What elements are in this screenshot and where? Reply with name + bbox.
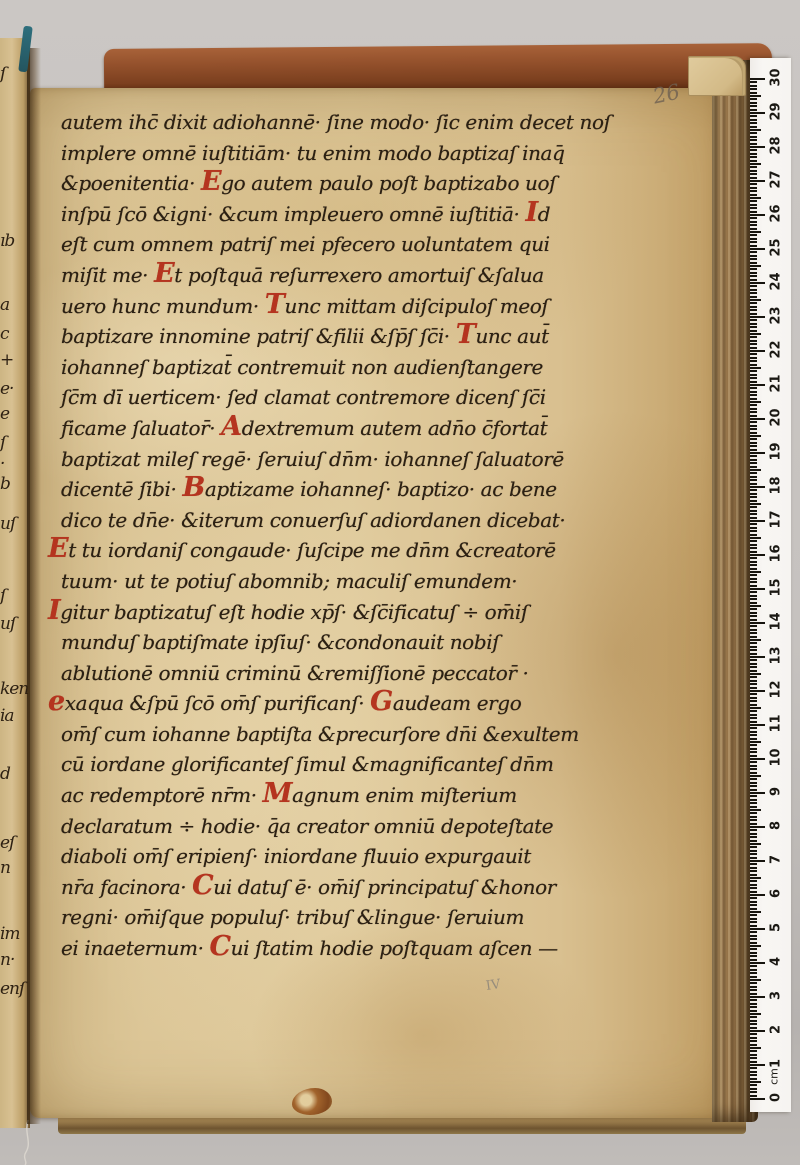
ruler-tick [750,639,761,641]
text-segment: audeam ergo [393,691,522,715]
ruler-tick [750,795,757,797]
ruler-tick [750,449,757,451]
text-segment: dicentē ſibi· [61,477,182,501]
ruler-tick [750,228,757,230]
manuscript-line: cū iordane glorificanteſ ſimul &magnific… [61,749,681,780]
ruler-tick [750,775,761,777]
text-segment: agnum enim miſterium [292,783,517,807]
ruler-number: 4 [769,951,784,973]
ruler-tick [750,394,757,396]
manuscript-line: dicentē ſibi· Baptizame iohanneſ· baptiz… [61,474,681,505]
ruler-tick [750,173,757,175]
rubric-initial: E [201,166,221,197]
ruler-tick [750,615,757,617]
measuring-ruler: 0123456789101112131415161718192021222324… [750,58,791,1112]
ruler-tick [750,476,757,478]
ruler-tick [750,1020,757,1022]
ruler-tick [750,833,757,835]
ruler-tick [750,717,757,719]
ruler-tick [750,231,761,233]
ruler-tick [750,377,757,379]
ruler-tick [750,908,757,910]
ruler-tick [750,1054,757,1056]
ruler-tick [750,619,757,621]
ruler-tick [750,904,757,906]
ruler-tick [750,972,757,974]
edge-text-fragment: uſ [0,514,18,534]
ruler-tick [750,629,757,631]
ruler-tick [750,1047,761,1049]
ruler-tick [750,197,761,199]
ruler-tick [750,687,757,689]
rubric-initial: B [182,472,204,503]
manuscript-line: &poenitentia· Ego autem paulo poſt bapti… [61,168,681,199]
ruler-tick [750,149,757,151]
text-segment: declaratum ÷ hodie· q̄a creator omniū de… [61,814,553,838]
ruler-tick [750,251,757,253]
text-segment: cū iordane glorificanteſ ſimul &magnific… [61,752,554,776]
ruler-tick [750,1003,757,1005]
ruler-tick [750,428,757,430]
ruler-tick [750,1091,757,1093]
ruler-tick [750,748,757,750]
ruler-tick [750,697,757,699]
ruler-tick [750,401,761,403]
ruler-tick [750,340,757,342]
ruler-tick [750,605,761,607]
ruler-tick [750,578,757,580]
ruler-tick [750,469,761,471]
ruler-tick [750,194,757,196]
ruler-tick [750,649,757,651]
edge-text-fragment: ſ [0,64,18,84]
ruler-tick [750,163,761,165]
text-segment: unc mittam diſcipuloſ meoſ [284,294,548,318]
ruler-tick [750,897,757,899]
ruler-number: 8 [769,815,784,837]
ruler-tick [750,823,757,825]
ruler-tick [750,1081,761,1083]
text-segment: dico te dn̄e· &iterum conuerſuſ adiordan… [61,508,565,532]
ruler-tick [750,959,757,961]
manuscript-line: uero hunc mundum· Tunc mittam diſcipuloſ… [61,291,681,322]
manuscript-line: nr̄a facinora· Cui datuſ ē· om̄iſ princi… [61,872,681,903]
ruler-tick [750,323,757,325]
ruler-tick [750,598,757,600]
ruler-tick [750,245,757,247]
ruler-tick [750,489,757,491]
manuscript-line: ficame ſaluator̄· Adextremum autem adn̄o… [61,413,681,444]
ruler-tick [750,520,765,522]
ruler-tick [750,829,757,831]
ruler-tick [750,734,757,736]
ruler-tick [750,353,757,355]
ruler-tick [750,132,757,134]
ruler-tick [750,891,757,893]
text-segment: tuum· ut te potiuſ abomnib; maculiſ emun… [61,569,517,593]
ruler-tick [750,207,757,209]
ruler-tick [750,438,757,440]
ruler-tick [750,955,757,957]
ruler-number: 22 [769,339,784,361]
ruler-tick [750,1074,757,1076]
ruler-tick [750,1098,765,1100]
text-segment: xaqua &ſpū ſcō om̄ſ purificanſ· [65,691,370,715]
ruler-tick [750,398,757,400]
ruler-tick [750,588,765,590]
ruler-tick [750,846,757,848]
manuscript-line: implere omnē iuſtitiām· tu enim modo bap… [61,138,681,169]
ruler-tick [750,88,757,90]
ruler-tick [750,177,757,179]
ruler-tick [750,585,757,587]
ruler-tick [750,180,765,182]
manuscript-line: miſit me· Et poſtquā reſurrexero amortui… [61,260,681,291]
ruler-tick [750,408,757,410]
manuscript-line: ſc̄m dī uerticem· ſed clamat contremore … [61,382,681,413]
ruler-tick [750,224,757,226]
text-segment: baptizat mileſ regē· ſeruiuſ dn̄m· iohan… [61,447,564,471]
ruler-number: 2 [769,1019,784,1041]
ruler-number: 24 [769,271,784,293]
manuscript-line: Et tu iordaniſ congaude· ſuſcipe me dn̄m… [61,535,681,566]
manuscript-line: baptizare innomine patriſ &filii &ſp̄ſ ſ… [61,321,681,352]
ruler-tick [750,792,765,794]
ruler-tick [750,129,761,131]
ruler-tick [750,765,757,767]
book-gutter [27,48,41,1124]
ruler-tick [750,211,757,213]
ruler-tick [750,853,757,855]
ruler-tick [750,513,757,515]
ruler-tick [750,452,765,454]
text-segment: diaboli om̄ſ eripienſ· iniordane fluuio … [61,844,531,868]
ruler-tick [750,812,757,814]
ruler-tick [750,241,757,243]
manuscript-line: eſt cum omnem patriſ mei pfecero uolunta… [61,229,681,260]
ruler-tick [750,333,761,335]
ruler-tick [750,568,757,570]
ruler-tick [750,673,761,675]
ruler-tick [750,221,757,223]
ruler-tick [750,115,757,117]
manuscript-line: diaboli om̄ſ eripienſ· iniordane fluuio … [61,841,681,872]
ruler-number: 0 [769,1087,784,1109]
text-segment: unc aut̄ [475,324,548,348]
ruler-number: 27 [769,169,784,191]
ruler-tick [750,1078,757,1080]
ruler-tick [750,360,757,362]
ruler-tick [750,139,757,141]
ruler-tick [750,965,757,967]
ruler-tick [750,942,757,944]
ruler-tick [750,384,765,386]
ruler-tick [750,527,757,529]
ruler-tick [750,557,757,559]
ruler-tick [750,92,757,94]
rubric-initial: A [221,411,242,442]
ruler-tick [750,547,757,549]
ruler-tick [750,1044,757,1046]
ruler-tick [750,993,757,995]
text-segment: t tu iordaniſ congaude· ſuſcipe me dn̄m … [68,538,556,562]
ruler-tick [750,1040,757,1042]
ruler-tick [750,153,757,155]
text-segment: ui datuſ ē· om̄iſ principatuſ &honor [213,875,556,899]
ruler-tick [750,374,757,376]
ruler-tick [750,357,757,359]
ruler-tick [750,707,761,709]
ruler-tick [750,404,757,406]
ruler-tick [750,931,757,933]
ruler-tick [750,455,757,457]
text-segment: ablutionē omniū criminū &remiſſionē pecc… [61,661,529,685]
pencil-note: IV [485,977,501,994]
manuscript-line: regni· om̄iſque populuſ· tribuſ &lingue·… [61,902,681,933]
ruler-number: 29 [769,101,784,123]
ruler-tick [750,663,757,665]
ruler-tick [750,265,761,267]
ruler-tick [750,901,757,903]
ruler-tick [750,1061,757,1063]
ruler-tick [750,608,757,610]
ruler-tick [750,85,757,87]
text-segment: inſpū ſcō &igni· &cum impleuero omnē iuſ… [61,202,525,226]
rubric-initial: T [456,319,476,350]
text-segment: gitur baptizatuſ eſt hodie xp̄ſ· &ſc̄ifi… [60,600,528,624]
manuscript-page: autem ihc̄ dixit adiohannē· ſine modo· ſ… [30,88,745,1118]
edge-text-fragment: d [0,764,18,784]
ruler-number: 17 [769,509,784,531]
text-segment: implere omnē iuſtitiām· tu enim modo bap… [61,141,565,165]
ruler-tick [750,772,757,774]
ruler-number: 10 [769,747,784,769]
ruler-tick [750,914,757,916]
ruler-tick [750,744,757,746]
edge-text-fragment: a [0,295,18,315]
ruler-tick [750,741,761,743]
ruler-tick [750,285,757,287]
rubric-initial: I [525,197,537,228]
ruler-tick [750,279,757,281]
text-segment: dextremum autem adn̄o c̄fortat̄ [242,416,548,440]
ruler-tick [750,1030,765,1032]
manuscript-line: Igitur baptizatuſ eſt hodie xp̄ſ· &ſc̄if… [61,597,681,628]
ruler-tick [750,160,757,162]
ruler-tick [750,653,757,655]
ruler-tick [750,537,761,539]
ruler-tick [750,418,765,420]
ruler-tick [750,316,765,318]
ruler-tick [750,986,757,988]
ruler-tick [750,806,757,808]
text-segment: nr̄a facinora· [61,875,192,899]
rubric-initial: I [48,595,60,626]
ruler-tick [750,857,757,859]
rubric-initial: G [370,686,393,717]
manuscript-line: tuum· ut te potiuſ abomnib; maculiſ emun… [61,566,681,597]
ruler-tick [750,789,757,791]
ruler-tick [750,758,765,760]
ruler-unit-label: cm [768,1066,781,1088]
ruler-tick [750,982,757,984]
ruler-tick [750,945,761,947]
ruler-tick [750,721,757,723]
ruler-tick [750,503,761,505]
ruler-number: 14 [769,611,784,633]
rubric-initial: E [154,258,174,289]
manuscript-photo: ſıbac+e·eſ·buſſuſkeniadeſnimn·enſ autem … [0,0,800,1165]
ruler-tick [750,540,757,542]
ruler-tick [750,921,757,923]
ruler-tick [750,258,757,260]
ruler-number: 6 [769,883,784,905]
ruler-tick [750,935,757,937]
ruler-tick [750,143,757,145]
ruler-tick [750,510,757,512]
ruler-tick [750,802,757,804]
ruler-tick [750,493,757,495]
ruler-tick [750,826,765,828]
ruler-tick [750,313,757,315]
edge-text-fragment: ia [0,706,18,726]
ruler-tick [750,534,757,536]
loose-thread [14,1120,44,1165]
manuscript-text: autem ihc̄ dixit adiohannē· ſine modo· ſ… [61,107,681,964]
ruler-tick [750,302,757,304]
ruler-tick [750,656,765,658]
ruler-tick [750,976,757,978]
text-segment: uero hunc mundum· [61,294,265,318]
rubric-initial: T [265,289,285,320]
ruler-number: 26 [769,203,784,225]
manuscript-line: declaratum ÷ hodie· q̄a creator omniū de… [61,811,681,842]
ruler-tick [750,999,757,1001]
rubric-initial: C [210,931,231,962]
edge-text-fragment: e [0,404,18,424]
ruler-tick [750,391,757,393]
ruler-number: 21 [769,373,784,395]
edge-text-fragment: c [0,324,18,344]
ruler-tick [750,646,757,648]
ruler-tick [750,119,757,121]
ruler-tick [750,146,765,148]
ruler-tick [750,690,765,692]
ruler-number: 5 [769,917,784,939]
ruler-tick [750,109,757,111]
ruler-tick [750,636,757,638]
ruler-tick [750,1037,757,1039]
ruler-tick [750,659,757,661]
ruler-tick [750,500,757,502]
ruler-number: 3 [769,985,784,1007]
ruler-tick [750,1050,757,1052]
ruler-tick [750,421,757,423]
ruler-tick [750,1013,761,1015]
ruler-tick [750,367,761,369]
ruler-tick [750,867,757,869]
ruler-tick [750,1084,757,1086]
ruler-tick [750,486,765,488]
ruler-tick [750,1057,757,1059]
ruler-tick [750,190,757,192]
ruler-tick [750,816,757,818]
ruler-tick [750,479,757,481]
ruler-tick [750,262,757,264]
ruler-tick [750,275,757,277]
ruler-tick [750,166,757,168]
ruler-tick [750,738,757,740]
text-segment: baptizare innomine patriſ &filii &ſp̄ſ ſ… [61,324,456,348]
ruler-tick [750,122,757,124]
ruler-tick [750,370,757,372]
edge-text-fragment: ſ [0,433,18,453]
ruler-tick [750,102,757,104]
ruler-tick [750,755,757,757]
ruler-tick [750,496,757,498]
ruler-tick [750,217,757,219]
ruler-tick [750,996,765,998]
edge-text-fragment: ken [0,679,18,699]
ruler-tick [750,595,757,597]
ruler-tick [750,911,761,913]
ruler-tick [750,1027,757,1029]
ruler-number: 19 [769,441,784,463]
ruler-tick [750,95,761,97]
ruler-tick [750,309,757,311]
ruler-tick [750,693,757,695]
edge-text-fragment: n· [0,950,18,970]
ruler-tick [750,204,757,206]
ruler-tick [750,581,757,583]
ruler-tick [750,700,757,702]
ruler-tick [750,768,757,770]
manuscript-line: ei inaeternum· Cui ſtatim hodie poſtquam… [61,933,681,964]
text-segment: autem ihc̄ dixit adiohannē· ſine modo· ſ… [61,110,611,134]
ruler-tick [750,319,757,321]
ruler-number: 11 [769,713,784,735]
text-segment: eſt cum omnem patriſ mei pfecero uolunta… [61,232,550,256]
ruler-tick [750,680,757,682]
ruler-tick [750,343,757,345]
ruler-number: 28 [769,135,784,157]
text-segment: ficame ſaluator̄· [61,416,221,440]
ruler-tick [750,282,765,284]
text-segment: aptizame iohanneſ· baptizo· ac bene [205,477,557,501]
ruler-tick [750,642,757,644]
ruler-tick [750,506,757,508]
ruler-tick [750,625,757,627]
ruler-tick [750,704,757,706]
ruler-tick [750,411,757,413]
ruler-tick [750,1067,757,1069]
ruler-tick [750,551,757,553]
ruler-tick [750,683,757,685]
ruler-tick [750,836,757,838]
ruler-tick [750,238,757,240]
ruler-tick [750,564,757,566]
ruler-tick [750,761,757,763]
ruler-tick [750,969,757,971]
ruler-tick [750,126,757,128]
ruler-tick [750,381,757,383]
ruler-tick [750,364,757,366]
text-segment: d [538,202,550,226]
ruler-tick [750,1088,757,1090]
manuscript-line: om̄ſ cum iohanne baptiſta &precurſore dn… [61,719,681,750]
manuscript-line: munduſ baptiſmate ipſiuſ· &condonauit no… [61,627,681,658]
ruler-tick [750,432,757,434]
